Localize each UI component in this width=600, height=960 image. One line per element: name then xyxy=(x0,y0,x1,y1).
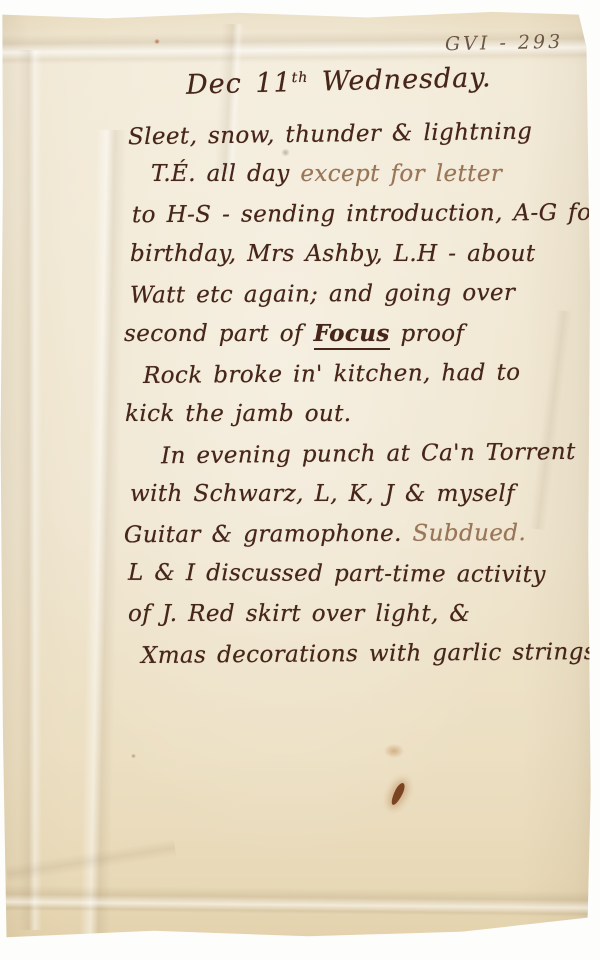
diary-line: Xmas decorations with garlic strings. xyxy=(141,632,593,676)
diary-page: GVI - 293 Dec 11th Wednesday. Sleet, sno… xyxy=(0,10,593,940)
diary-line: T.É. all day except for letter xyxy=(151,154,593,194)
diary-line: Watt etc again; and going over xyxy=(130,272,593,315)
diary-line: second part of Focus proof xyxy=(124,314,593,354)
speck-small xyxy=(131,754,136,758)
entry-date-ordinal: th xyxy=(291,70,308,86)
stain-dark xyxy=(389,781,407,806)
diary-line: to H-S - sending introduction, A-G for xyxy=(132,193,593,235)
diary-line: Sleet, snow, thunder & lightning xyxy=(128,111,594,157)
diary-line: with Schwarz, L, K, J & myself xyxy=(130,474,593,514)
catalog-number: GVI - 293 xyxy=(445,31,564,55)
paper-fold-bottom xyxy=(0,885,593,917)
stain-faint xyxy=(384,744,404,758)
line-segment: second part of xyxy=(124,321,314,347)
diary-line: of J. Red skirt over light, & xyxy=(128,594,593,634)
line-segment: Guitar & gramophone. xyxy=(124,521,413,549)
line-segment-underlined: Focus xyxy=(314,320,390,350)
line-segment: proof xyxy=(390,321,465,347)
diary-line: Rock broke in' kitchen, had to xyxy=(143,352,593,396)
entry-date-day: Wednesday. xyxy=(308,62,492,97)
paper-crease-bottom-left xyxy=(6,839,177,883)
line-segment: T.É. all day xyxy=(151,161,300,187)
diary-line: L & I discussed part-time activity xyxy=(128,553,593,595)
speck-red xyxy=(154,39,160,44)
line-segment-faded: Subdued. xyxy=(412,520,526,547)
diary-line: kick the jamb out. xyxy=(125,394,593,434)
diary-line: Guitar & gramophone. Subdued. xyxy=(124,513,593,555)
diary-line: birthday, Mrs Ashby, L.H - about xyxy=(130,234,593,274)
entry-date: Dec 11th Wednesday. xyxy=(186,62,492,100)
diary-line: In evening punch at Ca'n Torrent xyxy=(161,432,593,477)
entry-date-text: Dec 11 xyxy=(186,67,292,101)
diary-text-block: Sleet, snow, thunder & lightning T.É. al… xyxy=(0,114,593,674)
line-segment-faded: except for letter xyxy=(300,161,502,187)
